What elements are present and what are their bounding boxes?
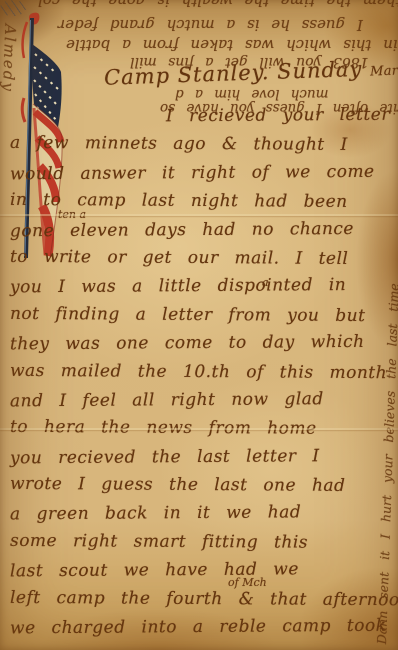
letter-line: I recieved your letter <box>10 101 392 132</box>
letter-line: not finding a letter from you but <box>10 300 392 331</box>
letter-line: left camp the fourth & that afternoon <box>10 583 392 614</box>
letter-line: wrote I guess the last one had <box>10 470 392 501</box>
letter-line: you recieved the last letter I <box>10 441 392 472</box>
letter-line: last scout we have had we <box>10 555 392 586</box>
dateline-date: March 15 <box>370 62 398 79</box>
fold-crease <box>0 214 398 216</box>
fold-crease <box>0 428 398 430</box>
letter-line: you I was a little dispointed in <box>10 271 392 302</box>
letter-line: we charged into a reble camp took <box>10 612 392 643</box>
letter-scan: them the time the wealth is gone the col… <box>0 0 398 650</box>
letter-line: to write or get our mail. I tell <box>10 243 392 274</box>
letter-line: they was one come to day which <box>10 328 392 359</box>
dateline-day: Sunday <box>277 57 363 84</box>
letter-line: a green back in it we had <box>10 498 392 529</box>
insertion-note: of Mch <box>228 576 267 589</box>
letter-line: some right smart fitting this <box>10 527 392 558</box>
inverted-line: in this which was taken from a battle <box>66 36 398 54</box>
insertion-note: a <box>262 276 269 289</box>
inverted-line: them the time the wealth is gone the col <box>38 0 398 10</box>
letter-line: would answer it right of we come <box>10 157 392 188</box>
letter-body: I recieved your letter a few minnets ago… <box>10 102 392 641</box>
pencil-smudge <box>0 0 26 16</box>
inverted-line: I guess he is a mutch grand feder <box>58 16 363 34</box>
letter-line: was mailed the 10.th of this month <box>10 356 392 387</box>
letter-line: a few minnets ago & thought I <box>10 129 392 160</box>
letter-line: and I feel all right now glad <box>10 385 392 416</box>
